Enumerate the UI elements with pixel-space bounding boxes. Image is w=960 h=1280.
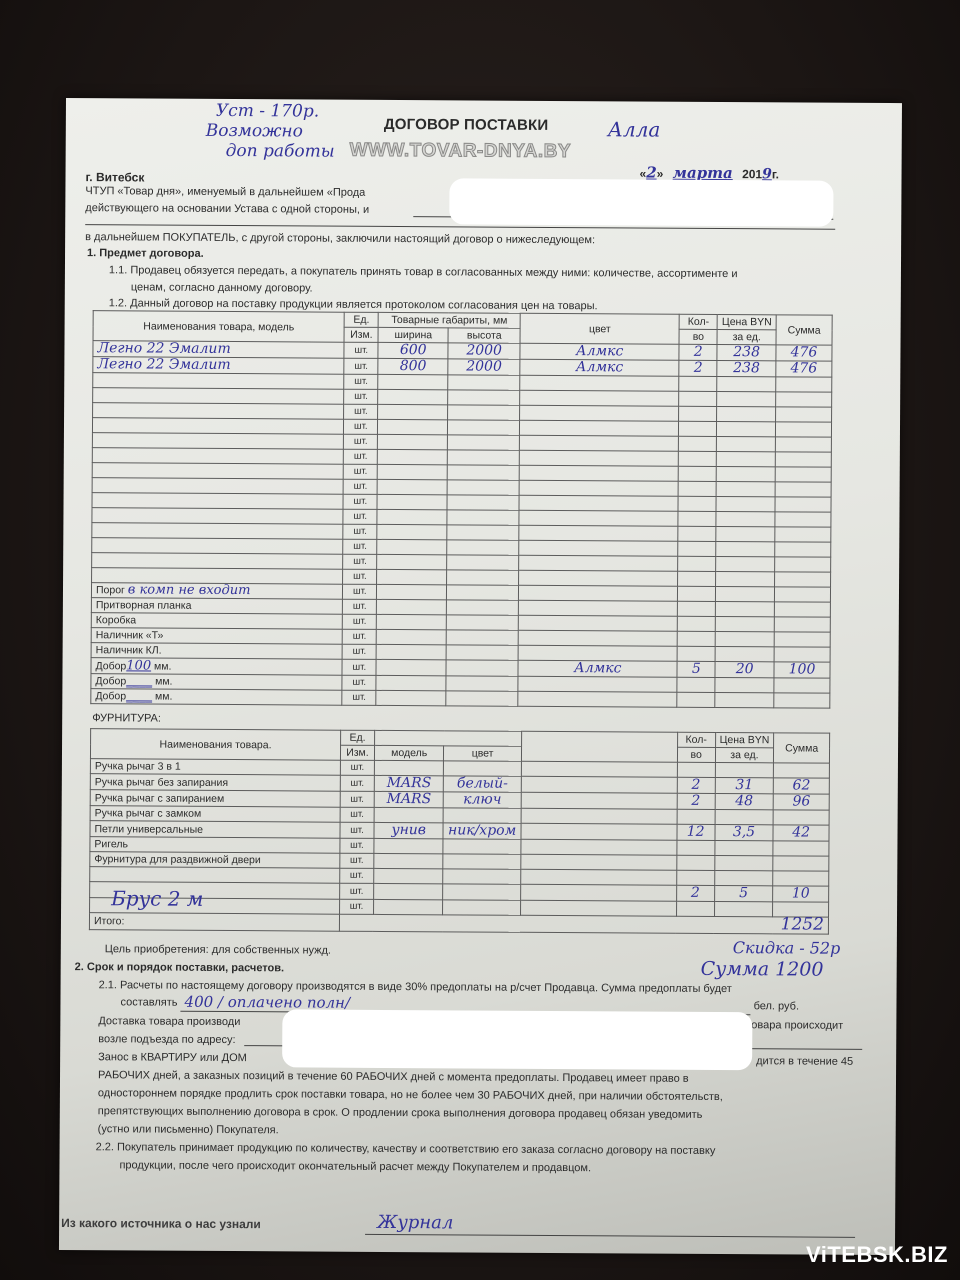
cell-sum [775,542,831,557]
cell-extra [521,776,677,793]
cell-price [714,901,773,916]
total-label: Итого: [89,913,339,932]
cell-color [519,600,678,616]
hw-col-qty-a: Кол- [677,732,715,747]
cell-price [717,391,776,406]
total-value-cell: 1252 [339,914,828,934]
cell-color [518,691,677,707]
cell-unit: шт. [343,554,377,569]
cell-qty [678,616,716,631]
cell-width [376,675,446,690]
cell-price [714,840,773,855]
cell-qty: 5 [677,661,715,677]
cell-unit: шт. [343,614,377,629]
cell-width [377,584,447,599]
cell-name: Ручка рычаг без запирания [90,774,340,792]
handwritten-item-beam: Брус 2 м [111,886,203,911]
cell-price: 3,5 [715,824,774,840]
cell-unit: шт. [340,807,374,822]
contract-paper: Уст - 170р. Возможно доп работы Алла ДОГ… [59,98,902,1255]
cell-width [376,629,446,644]
cell-width [376,659,446,675]
cell-price [715,646,774,661]
cell-name: Добор____ мм. [91,689,342,706]
cell-extra [521,761,677,777]
cell-unit: шт. [340,822,374,838]
cell-price [717,376,776,391]
cell-height [446,630,518,645]
cell-width: 600 [378,342,448,358]
cell-model [374,883,444,899]
watermark-logo: ViTEBSK.BIZ [806,1242,948,1268]
cell-unit: шт. [343,524,377,539]
section-1-heading: 1. Предмет договора. [87,244,204,263]
cell-unit: шт. [344,449,378,464]
cell-unit: шт. [344,404,378,419]
cell-sum: 62 [774,778,830,794]
cell-color [520,420,679,436]
cell-extra [521,808,677,824]
cell-color [519,570,678,586]
cell-height [448,405,520,420]
cell-name: Фурнитура для раздвижной двери [90,852,340,869]
cell-width [378,389,448,404]
cell-width [377,539,447,554]
cell-height [448,450,520,465]
cell-name [92,538,343,555]
hw-col-qty-b: во [677,747,715,762]
cell-color [520,375,679,391]
note-manager-name: Алла [608,117,661,141]
cell-name [92,508,343,525]
cell-qty [677,809,715,824]
col-color: цвет [520,313,679,344]
cell-height [446,660,518,676]
cell-color [520,405,679,421]
hw-col-model: модель [374,745,444,760]
cell-price: 31 [715,777,774,793]
hw-col-sum: Сумма [774,733,830,763]
cell-unit: шт. [342,690,376,705]
cell-unit: шт. [343,509,377,524]
cell-qty [677,762,715,777]
cell-price: 238 [717,344,776,360]
delivery-line-1-end: товара происходит [746,1016,843,1035]
cell-name [92,553,343,570]
cell-qty [679,451,717,466]
cell-price [716,616,775,631]
cell-name: Притворная планка [91,598,342,615]
hw-col-color: цвет [444,746,521,761]
cell-unit: шт. [344,342,378,358]
cell-height [446,691,518,706]
cell-color [519,540,678,556]
cell-name: Ригель [90,837,340,854]
cell-price [716,601,775,616]
delivery-line-3: Занос в КВАРТИРУ или ДОМ [98,1048,247,1067]
cell-sum [775,512,831,527]
discount-note: Скидка - 52р [733,938,841,958]
cell-qty [678,541,716,556]
cell-color [519,585,678,601]
cell-qty [678,601,716,616]
purchase-purpose: Цель приобретения: для собственных нужд. [105,940,331,959]
cell-name [93,388,344,405]
cell-price [716,556,775,571]
hw-col-price-b: за ед. [715,747,774,762]
cell-height: 2000 [448,359,520,375]
delivery-line-3-end: дится в течение 45 [756,1052,853,1071]
cell-price [717,451,776,466]
cell-height [447,495,519,510]
col-unit-a: Ед. [344,312,378,327]
cell-price: 48 [715,793,774,809]
cell-unit: шт. [343,539,377,554]
cell-unit: шт. [340,899,374,914]
cell-qty [678,631,716,646]
cell-width [377,509,447,524]
document-title: ДОГОВОР ПОСТАВКИ [384,116,549,134]
note-possible: Возможно [206,121,303,142]
col-height: высота [448,328,520,343]
cell-color [520,435,679,451]
col-price-b: за ед. [717,329,776,344]
cell-sum [776,392,832,407]
cell-qty [678,496,716,511]
cell-extra [521,839,677,855]
cell-price [716,526,775,541]
cell-price [716,481,775,496]
cell-name: Легно 22 Эмалит [93,357,344,375]
cell-height [446,676,518,691]
cell-height [448,435,520,450]
col-name: Наименования товара, модель [93,311,345,343]
final-sum-note: Сумма 1200 [701,958,824,981]
cell-price [716,511,775,526]
cell-model [374,807,444,822]
cell-unit: шт. [340,868,374,883]
cell-color [519,465,678,481]
cell-price [716,571,775,586]
cell-qty [678,571,716,586]
cell-color [519,525,678,541]
col-price-a: Цена BYN [717,314,776,329]
cell-unit: шт. [344,389,378,404]
cell-unit: шт. [344,374,378,389]
cell-color: белый- [444,776,521,792]
cell-unit: шт. [340,853,374,868]
cell-qty [677,855,715,870]
cell-price [717,406,776,421]
cell-name: Наличник «Т» [91,628,342,645]
cell-height [446,615,518,630]
cell-extra [520,884,676,901]
cell-sum [773,810,829,825]
cell-extra [521,854,677,870]
cell-price [716,466,775,481]
cell-qty [678,481,716,496]
cell-sum [774,763,830,778]
cell-sum [774,693,830,708]
cell-qty [678,511,716,526]
cell-color [518,630,677,646]
cell-qty: 2 [679,360,717,376]
hw-col-unit-a: Ед. [341,730,375,745]
cell-sum: 100 [774,662,830,678]
col-sum: Сумма [776,315,832,345]
cell-width: 800 [378,358,448,374]
cell-qty: 2 [676,885,714,901]
cell-price: 5 [714,885,773,901]
cell-qty [679,466,717,481]
cell-name: Ручка рычаг с замком [90,806,340,823]
delivery-days-4: (устно или письменно) Покупателя. [98,1120,279,1139]
cell-width [377,479,447,494]
cell-price [715,677,774,692]
note-extra-work: доп работы [226,141,335,162]
cell-unit: шт. [344,358,378,374]
cell-name [92,463,343,480]
cell-sum [775,572,831,587]
cell-price [715,692,774,707]
clause-2-2-cont: продукции, после чего происходит окончат… [119,1156,591,1177]
cell-price [715,762,774,777]
cell-name: Ручка рычаг с запиранием [90,790,340,808]
cell-color [443,854,520,869]
col-unit-b: Изм. [344,327,378,342]
cell-price [715,809,774,824]
cell-unit: шт. [340,760,374,775]
delivery-line-2: возле подъезда по адресу: [98,1030,235,1049]
cell-width [377,524,447,539]
cell-sum [774,617,830,632]
cell-qty [679,376,717,391]
cell-name [92,448,343,465]
cell-sum [775,497,831,512]
cell-color: Алмкс [520,359,679,376]
cell-extra [520,869,676,885]
cell-model [374,838,444,853]
cell-unit: шт. [343,494,377,509]
cell-sum: 96 [773,794,829,810]
website-logo: WWW.TOVAR-DNYA.BY [350,140,572,163]
cell-sum [774,632,830,647]
hw-col-extra [521,731,677,762]
cell-sum [773,841,829,856]
cell-width [378,404,448,419]
cell-extra [520,900,676,916]
cell-price: 238 [717,360,776,376]
cell-name [92,478,343,495]
cell-width [377,614,447,629]
cell-price [717,436,776,451]
cell-sum [775,557,831,572]
redacted-buyer [449,178,833,226]
cell-color [519,480,678,496]
cell-color [444,761,521,776]
cell-unit: шт. [343,569,377,584]
cell-qty [678,526,716,541]
cell-name: Порог в комп не входит [91,583,342,600]
cell-color [519,450,678,466]
cell-qty: 12 [677,824,715,840]
cell-height [447,540,519,555]
col-width: ширина [378,327,448,342]
cell-sum: 476 [776,345,832,361]
cell-qty [678,556,716,571]
cell-color [443,839,520,854]
cell-width [378,419,448,434]
cell-sum [774,678,830,693]
cell-height [446,645,518,660]
cell-unit: шт. [340,838,374,853]
cell-name: Петли универсальные [90,821,340,839]
col-dims: Товарные габариты, мм [378,312,520,328]
cell-color [518,645,677,661]
cell-unit: шт. [343,584,377,599]
cell-qty [677,677,715,692]
cell-width [376,644,446,659]
cell-model: унив [374,822,444,838]
col-qty-b: во [679,329,717,344]
cell-extra [521,823,677,840]
cell-color: ник/хром [443,823,520,839]
cell-sum [775,527,831,542]
hw-col-unit-b: Изм. [340,745,374,760]
cell-unit: шт. [344,434,378,449]
cell-unit: шт. [340,775,374,791]
section-2-heading: 2. Срок и порядок поставки, расчетов. [75,958,285,977]
cell-name: Ручка рычаг 3 в 1 [90,759,340,776]
cell-unit: шт. [343,479,377,494]
cell-qty [676,870,714,885]
cell-price [714,870,773,885]
cell-color [443,869,520,884]
cell-model [374,868,444,883]
cell-color [444,808,521,823]
cell-sum [774,602,830,617]
cell-unit: шт. [342,659,376,675]
cell-sum [776,407,832,422]
cell-width [377,494,447,509]
cell-sum [775,482,831,497]
cell-height: 2000 [448,343,520,359]
source-answer-line [365,1234,855,1238]
cell-name [93,403,344,420]
cell-height [448,375,520,390]
cell-color [519,555,678,571]
cell-name [90,867,340,884]
cell-color [443,900,520,915]
source-answer: Журнал [377,1212,453,1233]
cell-sum [775,437,831,452]
cell-model [374,853,444,868]
cell-model [373,899,443,914]
cell-price [716,541,775,556]
cell-sum [776,422,832,437]
cell-color: ключ [444,792,521,808]
source-question-label: Из какого источника о нас узнали [61,1216,261,1231]
cell-color [443,884,520,900]
cell-qty: 2 [679,344,717,360]
cell-sum [773,871,829,886]
cell-qty [679,406,717,421]
cell-name [93,373,344,390]
cell-color [519,495,678,511]
cell-sum: 42 [773,825,829,841]
cell-width [377,599,447,614]
cell-price: 20 [715,661,774,677]
cell-height [447,465,519,480]
hw-col-blank [374,730,521,746]
cell-width [377,554,447,569]
hardware-section-label: ФУРНИТУРА: [92,712,161,724]
cell-qty: 2 [677,793,715,809]
cell-height [447,570,519,585]
cell-color [520,390,679,406]
cell-name [92,523,343,540]
cell-name: Наличник КЛ. [91,643,342,660]
cell-height [447,480,519,495]
cell-price [716,586,775,601]
cell-height [448,390,520,405]
goods-table: Наименования товара, модель Ед. Товарные… [90,310,832,709]
cell-name [92,493,343,510]
cell-color: Алмкс [518,660,677,677]
cell-extra [521,792,677,809]
cell-name: Коробка [91,613,342,630]
col-qty-a: Кол- [679,314,717,329]
cell-model [374,760,444,775]
cell-height [447,510,519,525]
cell-unit: шт. [343,599,377,614]
cell-sum: 476 [776,361,832,377]
cell-qty [677,840,715,855]
cell-price [714,855,773,870]
cell-sum [774,587,830,602]
cell-color: Алмкс [520,343,679,360]
cell-qty [676,901,714,916]
hw-col-name: Наименования товара. [90,729,340,761]
cell-width [377,464,447,479]
cell-width [378,449,448,464]
cell-unit: шт. [344,464,378,479]
cell-qty: 2 [677,777,715,793]
cell-height [447,525,519,540]
cell-unit: шт. [342,675,376,690]
cell-height [447,585,519,600]
delivery-line-1: Доставка товара производи [98,1012,240,1031]
cell-height [447,555,519,570]
cell-sum [775,452,831,467]
cell-price [715,631,774,646]
cell-price [716,496,775,511]
cell-sum [776,377,832,392]
redacted-address [282,1009,752,1070]
cell-unit: шт. [344,419,378,434]
cell-sum [773,856,829,871]
cell-qty [679,421,717,436]
cell-width [377,569,447,584]
cell-sum: 10 [773,886,829,902]
cell-height [448,420,520,435]
cell-unit: шт. [342,644,376,659]
cell-width [378,374,448,389]
cell-price [717,421,776,436]
note-installation: Уст - 170р. [216,101,319,122]
cell-qty [679,436,717,451]
hw-col-price-a: Цена BYN [715,732,774,747]
